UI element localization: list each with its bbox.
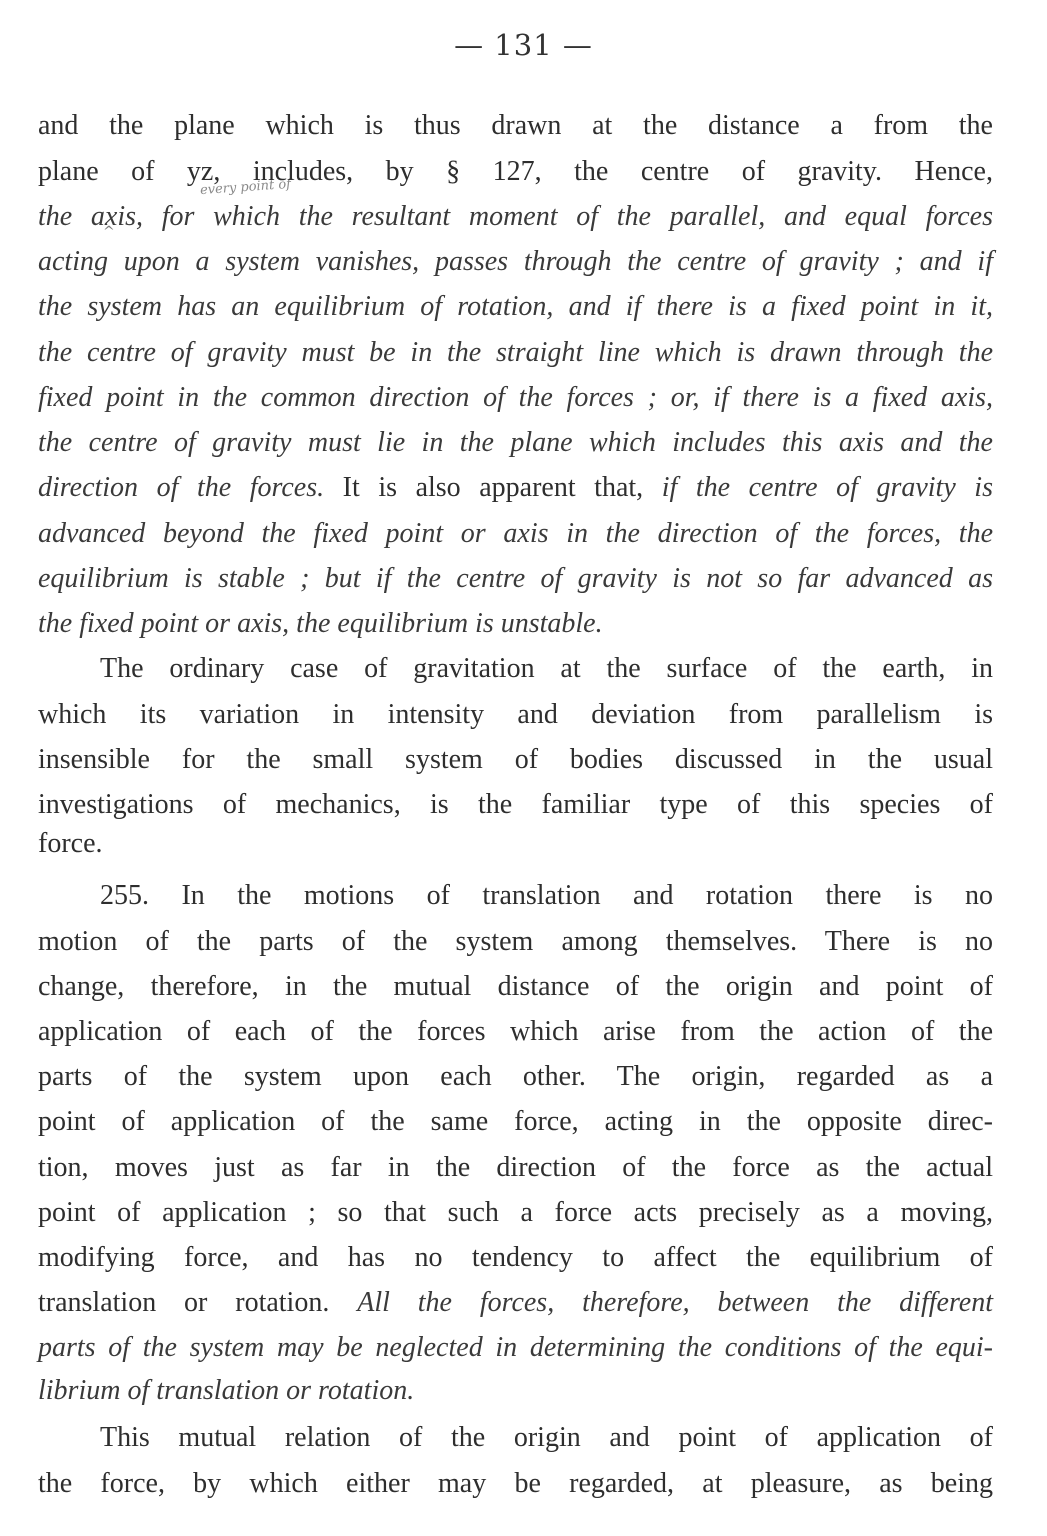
text-line: This mutual relation of the origin and p… [100,1420,993,1456]
text-line-mixed: translation or rotation. All the forces,… [38,1285,993,1321]
text-line-italic: advanced beyond the fixed point or axis … [38,516,993,552]
text-line-italic: the fixed point or axis, the equilibrium… [38,606,993,642]
text-line: modifying force, and has no tendency to … [38,1240,993,1276]
page-number: — 131 — [0,28,1047,62]
roman-span: It is also apparent that, [343,472,644,503]
text-line: plane of yz, includes, by § 127, the cen… [38,154,993,190]
text-line: tion, moves just as far in the direction… [38,1150,993,1186]
text-line: motion of the parts of the system among … [38,924,993,960]
text-line-italic: librium of translation or rotation. [38,1373,993,1409]
text-line-italic: the system has an equilibrium of rotatio… [38,289,993,325]
text-line: and the plane which is thus drawn at the… [38,108,993,144]
italic-span: if the centre of gravity is [662,472,993,503]
text-line-italic: the centre of gravity must lie in the pl… [38,425,993,461]
text-line-italic: acting upon a system vanishes, passes th… [38,244,993,280]
text-line: force. [38,826,993,862]
italic-span: All the forces, therefore, between the d… [357,1287,993,1318]
text-line: application of each of the forces which … [38,1014,993,1050]
text-line: investigations of mechanics, is the fami… [38,787,993,823]
text-line-mixed: direction of the forces. It is also appa… [38,470,993,506]
text-line: point of application ; so that such a fo… [38,1195,993,1231]
text-line-italic: equilibrium is stable ; but if the centr… [38,561,993,597]
roman-span: translation or rotation. [38,1287,329,1318]
text-line-italic: the centre of gravity must be in the str… [38,335,993,371]
text-line: change, therefore, in the mutual distanc… [38,969,993,1005]
text-line-italic: fixed point in the common direction of t… [38,380,993,416]
text-line: parts of the system upon each other. The… [38,1059,993,1095]
text-line: insensible for the small system of bodie… [38,742,993,778]
text-line-italic: parts of the system may be neglected in … [38,1330,993,1366]
text-line: The ordinary case of gravitation at the … [100,651,993,687]
text-line: 255. In the motions of translation and r… [100,878,993,914]
text-line: which its variation in intensity and dev… [38,697,993,733]
text-line: the force, by which either may be regard… [38,1466,993,1502]
italic-span: direction of the forces. [38,472,324,503]
text-line-italic: the axis, for which the resultant moment… [38,199,993,235]
text-line: point of application of the same force, … [38,1104,993,1140]
